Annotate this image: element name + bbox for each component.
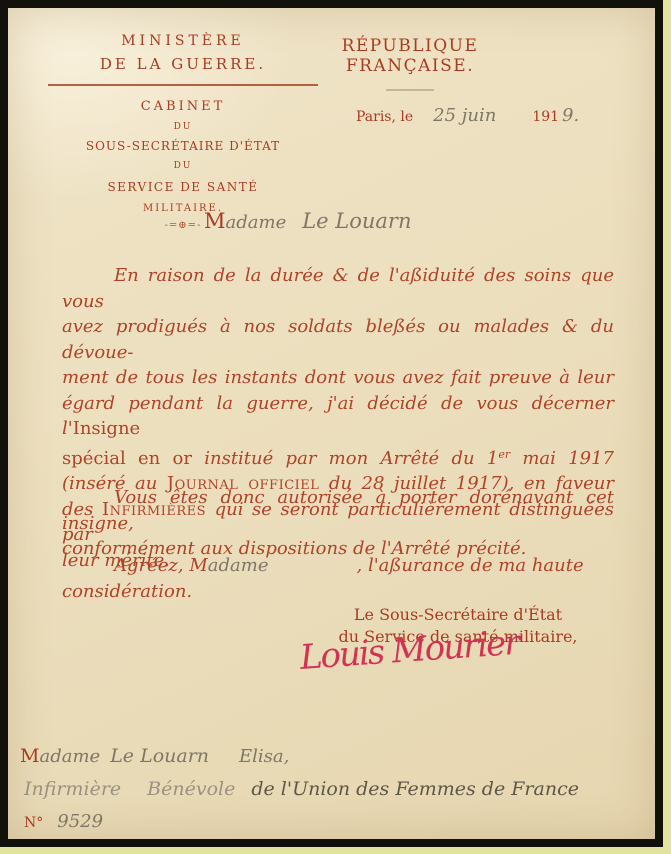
text-segment: En raison de la durée & de l'aßiduité de…: [62, 265, 614, 312]
recipient-annotation-line2: Infirmière Bénévole de l'Union des Femme…: [24, 778, 579, 800]
salutation-handwritten-suffix: adame: [226, 212, 287, 233]
letterhead-sous-secretaire: SOUS-SECRÉTAIRE D'ÉTAT: [48, 139, 318, 153]
annotation-handwritten-firstname: Elisa,: [239, 746, 289, 767]
body-line: En raison de la durée & de l'aßiduité de…: [62, 263, 614, 314]
dateline-handwritten-date: 25 juin: [433, 105, 496, 126]
annotation-printed-initial: M: [20, 745, 39, 767]
text-segment: adame: [208, 555, 269, 576]
annotation-handwritten-name: Le Louarn: [110, 745, 209, 767]
body-line: avez prodigués à nos soldats bleßés ou m…: [62, 314, 614, 365]
body-line: spécial en or institué par mon Arrêté du…: [62, 442, 614, 472]
dateline-printed-year: 191: [532, 109, 559, 125]
recipient-annotation-line1: M adame Le Louarn Elisa,: [20, 745, 289, 767]
masthead-rule: [386, 89, 434, 91]
letter-paper: MINISTÈRE DE LA GUERRE. CABINET DU SOUS-…: [8, 8, 655, 839]
text-segment: mai 1917: [510, 448, 614, 469]
salutation-printed-initial: M: [204, 209, 226, 233]
text-segment: Agréez, M: [114, 555, 208, 576]
annotation-union-femmes: de l'Union des Femmes de France: [251, 778, 579, 800]
body-line: ment de tous les instants dont vous avez…: [62, 365, 614, 391]
body-line: égard pendant la guerre, j'ai décidé de …: [62, 391, 614, 442]
letterhead-du-2: DU: [48, 161, 318, 171]
scan-frame: MINISTÈRE DE LA GUERRE. CABINET DU SOUS-…: [0, 0, 663, 847]
salutation-handwritten-name: Le Louarn: [302, 209, 411, 233]
text-segment: égard pendant la guerre, j'ai décidé de …: [62, 393, 614, 440]
letterhead-ministry-line2: DE LA GUERRE.: [48, 54, 318, 74]
letterhead-cabinet: CABINET: [48, 99, 318, 114]
annotation-infirmiere: Infirmière: [24, 778, 121, 800]
dateline-handwritten-year-digit: 9.: [562, 105, 579, 126]
text-segment: Vous êtes donc autorisée à porter doréna…: [62, 487, 614, 534]
text-segment: avez prodigués à nos soldats bleßés ou m…: [62, 316, 614, 363]
text-segment: er: [498, 448, 510, 461]
salutation: M adame Le Louarn: [204, 209, 411, 233]
body-line: Vous êtes donc autorisée à porter doréna…: [62, 485, 614, 536]
letterhead-du-1: DU: [48, 122, 318, 132]
annotation-handwritten-suffix: adame: [39, 746, 100, 767]
text-segment: spécial en or: [62, 448, 204, 469]
masthead-republique: RÉPUBLIQUE FRANÇAISE.: [290, 36, 530, 76]
text-segment: ment de tous les instants dont vous avez…: [62, 367, 614, 388]
text-segment: institué par mon Arrêté du 1: [204, 448, 498, 469]
letterhead: MINISTÈRE DE LA GUERRE. CABINET DU SOUS-…: [48, 32, 318, 231]
text-segment: Insigne: [73, 418, 140, 439]
body-line: considération.: [62, 579, 614, 605]
text-segment: considération.: [62, 581, 192, 602]
dateline: Paris, le 25 juin 191 9.: [356, 105, 579, 126]
annotation-printed-number-label: N°: [24, 815, 43, 831]
body-line: Agréez, Madame, l'aßurance de ma haute: [62, 553, 614, 579]
letterhead-divider: [48, 84, 318, 86]
letterhead-service-sante: SERVICE DE SANTÉ: [48, 180, 318, 194]
closing-paragraph: Agréez, Madame, l'aßurance de ma hauteco…: [62, 553, 614, 604]
letterhead-ministry-line1: MINISTÈRE: [48, 32, 318, 50]
annotation-benevole: Bénévole: [147, 778, 235, 800]
text-segment: , l'aßurance de ma haute: [357, 555, 584, 576]
dateline-printed-prefix: Paris, le: [356, 109, 413, 125]
annotation-handwritten-number: 9529: [57, 811, 103, 832]
body-paragraph-2: Vous êtes donc autorisée à porter doréna…: [62, 485, 614, 562]
masthead: RÉPUBLIQUE FRANÇAISE.: [290, 36, 530, 91]
recipient-annotation-line3: N° 9529: [24, 811, 103, 832]
